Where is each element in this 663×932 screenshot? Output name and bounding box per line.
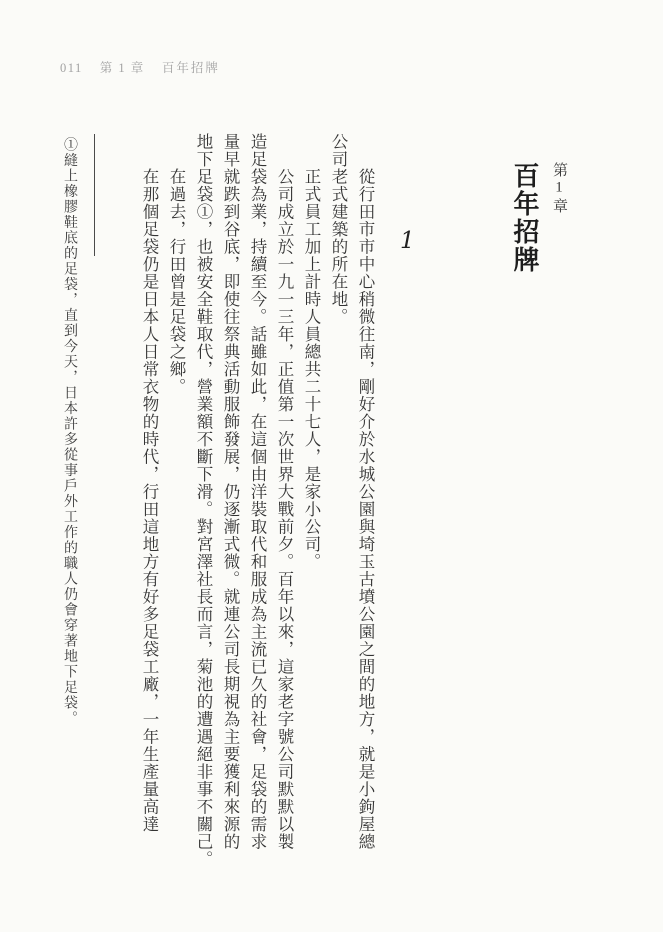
book-page: 011 第 1 章 百年招牌 第1章 百年招牌 1 從行田市市中心稍微往南，剛好… — [0, 0, 663, 932]
body-column: 地下足袋①，也被安全鞋取代，營業額不斷下滑。對宮澤社長而言，菊池的遭遇絕非事不關… — [190, 133, 217, 883]
running-head-chapter-title: 百年招牌 — [162, 58, 220, 76]
footnote-text: 縫上橡膠鞋底的足袋，直到今天，日本許多從事戶外工作的職人仍會穿著地下足袋。 — [62, 153, 77, 727]
body-column: 量早就跌到谷底，即使往祭典活動服飾發展，仍逐漸式微。就連公司長期視為主要獲利來源… — [217, 133, 244, 883]
body-column: 在過去，行田曾是足袋之鄉。 — [163, 133, 190, 883]
body-column: 在那個足袋仍是日本人日常衣物的時代，行田這地方有好多足袋工廠，一年生產量高達 — [136, 133, 163, 883]
page-number: 011 — [60, 61, 83, 76]
footnote: ①縫上橡膠鞋底的足袋，直到今天，日本許多從事戶外工作的職人仍會穿著地下足袋。 — [58, 137, 80, 787]
section-number: 1 — [400, 228, 415, 254]
body-column: 公司成立於一九一三年，正值第一次世界大戰前夕。百年以來，這家老字號公司默默以製 — [271, 133, 298, 883]
footnote-divider — [94, 134, 95, 256]
chapter-number: 第1章 — [546, 162, 571, 492]
body-column: 造足袋為業，持續至今。話雖如此，在這個由洋裝取代和服成為主流已久的社會，足袋的需… — [244, 133, 271, 883]
chapter-heading: 第1章 百年招牌 — [506, 162, 571, 492]
running-head-chapter-label: 第 1 章 — [100, 58, 145, 76]
chapter-title: 百年招牌 — [506, 162, 542, 492]
running-head: 011 第 1 章 百年招牌 — [60, 58, 220, 76]
body-column: 從行田市市中心稍微往南，剛好介於水城公園與埼玉古墳公園之間的地方，就是小鉤屋總 — [352, 133, 379, 883]
body-column: 正式員工加上計時人員總共二十七人，是家小公司。 — [298, 133, 325, 883]
body-text: 從行田市市中心稍微往南，剛好介於水城公園與埼玉古墳公園之間的地方，就是小鉤屋總 … — [136, 133, 379, 883]
body-column: 公司老式建築的所在地。 — [325, 133, 352, 883]
footnote-marker: ① — [62, 137, 77, 153]
